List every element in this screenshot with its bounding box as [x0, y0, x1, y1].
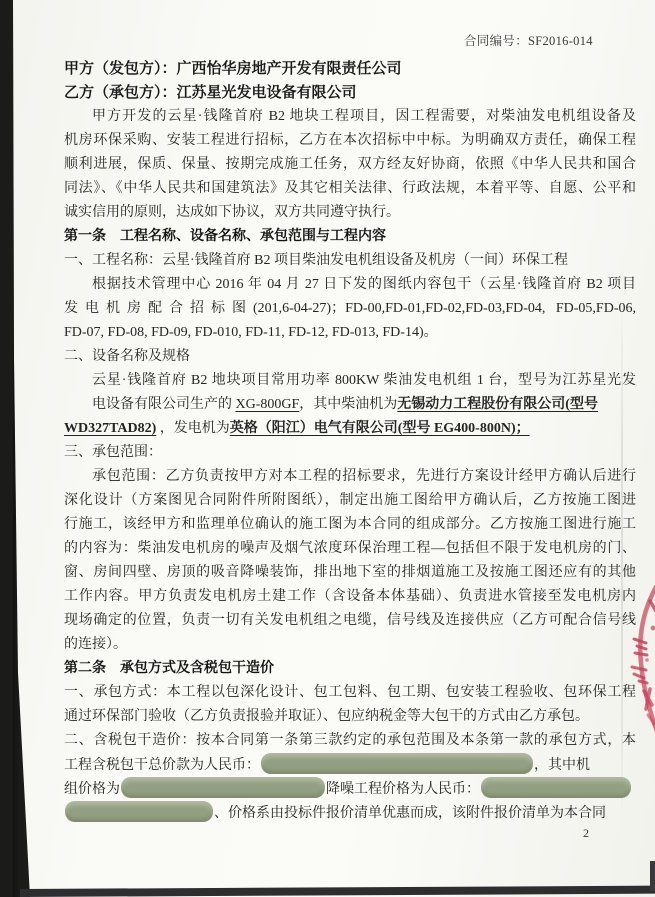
text-line: WD327TAD82) ，发电机为英格（阳江）电气有限公司(型号 EG400-8…	[64, 417, 636, 441]
text-line: 、价格系由投标件报价清单优惠而成，该附件报价清单为本合同	[64, 801, 636, 825]
redaction-block	[65, 801, 213, 822]
text-segment: 乙方（承包方）：江苏星光发电设备有限公司	[64, 85, 357, 101]
text-line: 同法》、《中华人民共和国建筑法》及其它相关法律、行政法规，本着平等、自愿、公平和	[64, 177, 636, 201]
text-line: 第二条 承包方式及含税包干造价	[64, 657, 636, 681]
scan-edge-corner	[650, 861, 655, 891]
text-line: 二、含税包干造价：按本合同第一条第三款约定的承包范围及本条第一款的承包方式，本	[64, 729, 636, 753]
text-line: 甲方（发包方）：广西怡华房地产开发有限责任公司	[64, 57, 636, 81]
text-segment: 的连接）。	[64, 637, 127, 652]
text-line: 的连接）。	[64, 633, 636, 657]
text-segment: 行施工，该经甲方和监理单位确认的施工图为本合同的组成部分。乙方按施工图进行施工	[64, 517, 636, 532]
text-line: 第一条 工程名称、设备名称、承包范围与工程内容	[64, 225, 636, 249]
text-segment: 工作内容。甲方负责发电机房土建工作（含设备本体基础）、负责进水管接至发电机房内	[64, 589, 636, 604]
text-line: 深化设计（方案图见合同附件所附图纸），制定出施工图给甲方确认后，乙方按施工图进	[64, 489, 636, 513]
text-line: 通过环保部门验收（乙方负责报验并取证）、包应纳税金等大包干的方式由乙方承包。	[64, 705, 636, 729]
text-segment: 一、工程名称：云星·钱隆首府 B2 项目柴油发电机组设备及机房（一间）环保工程	[64, 253, 568, 268]
text-segment: 三、承包范围：	[64, 445, 162, 460]
text-segment: 电设备有限公司生产的	[92, 397, 236, 412]
text-line: 行施工，该经甲方和监理单位确认的施工图为本合同的组成部分。乙方按施工图进行施工	[64, 513, 636, 537]
text-line: 组价格为降噪工程价格为人民币：	[64, 777, 636, 801]
text-segment: 顺利进展，保质、保量、按期完成施工任务，双方经友好协商，依照《中华人民共和国合	[64, 157, 636, 172]
text-segment: 无锡动力工程股份有限公司(型号	[397, 397, 598, 412]
text-line: 机房环保采购、安装工程进行招标，乙方在本次招标中中标。为明确双方责任，确保工程	[64, 129, 636, 153]
text-segment: XG-800GF	[236, 397, 300, 412]
redaction-block	[261, 753, 533, 774]
text-segment: 英格（阳江）电气有限公司(型号 EG400-800N)；	[230, 421, 530, 436]
text-segment: 工程含税包干总价款为人民币：	[64, 758, 260, 773]
text-segment: 承包范围：乙方负责按甲方对本工程的招标要求，先进行方案设计经甲方确认后进行	[92, 469, 636, 484]
text-segment: 窗、房间四壁、房顶的吸音降噪装饰，排出地下室的排烟道施工及按施工图还应有的其他	[64, 565, 636, 580]
text-segment: 现场确定的位置，负责一切有关发电机组之电缆，信号线及连接供应（乙方可配合信号线	[64, 613, 636, 628]
text-segment: 甲方开发的云星·钱隆首府 B2 地块工程项目，因工程需要，对柴油发电机组设备及	[92, 109, 636, 124]
text-segment: 二、设备名称及规格	[64, 349, 190, 364]
text-line: 一、承包方式：本工程以包深化设计、包工包料、包工期、包安装工程验收、包环保工程	[64, 681, 636, 705]
text-segment: 诚实信用的原则，达成如下协议，双方共同遵守执行。	[64, 205, 400, 220]
partial-red-seal-icon	[620, 583, 655, 748]
text-line: 的内容为：柴油发电机房的噪声及烟气浓度环保治理工程—包括但不限于发电机房的门、	[64, 537, 636, 561]
text-line: 三、承包范围：	[64, 441, 636, 465]
text-line: FD-07, FD-08, FD-09, FD-010, FD-11, FD-1…	[64, 321, 636, 345]
text-line: 乙方（承包方）：江苏星光发电设备有限公司	[64, 81, 636, 105]
text-segment: 云星·钱隆首府 B2 地块项目常用功率 800KW 柴油发电机组 1 台，型号为…	[92, 373, 636, 388]
text-line: 诚实信用的原则，达成如下协议，双方共同遵守执行。	[64, 201, 636, 225]
text-segment: 第二条 承包方式及含税包干造价	[64, 661, 274, 676]
text-segment: 发电机房配合招标图(201,6-04-27)；FD-00,FD-01,FD-02…	[64, 301, 636, 316]
text-segment: WD327TAD82)	[64, 421, 156, 436]
text-segment: 第一条 工程名称、设备名称、承包范围与工程内容	[64, 229, 386, 244]
scan-edge-left	[0, 0, 34, 897]
text-line: 云星·钱隆首府 B2 地块项目常用功率 800KW 柴油发电机组 1 台，型号为…	[64, 369, 636, 393]
text-segment: 甲方（发包方）：广西怡华房地产开发有限责任公司	[64, 61, 402, 77]
text-segment: ，其中机	[534, 758, 590, 773]
text-segment: ，发电机为	[156, 421, 230, 436]
redaction-block	[481, 777, 631, 798]
text-segment: 组价格为	[64, 782, 120, 797]
text-line: 承包范围：乙方负责按甲方对本工程的招标要求，先进行方案设计经甲方确认后进行	[64, 465, 636, 489]
text-line: 工程含税包干总价款为人民币：，其中机	[64, 753, 636, 777]
text-segment: 一、承包方式：本工程以包深化设计、包工包料、包工期、包安装工程验收、包环保工程	[64, 685, 636, 700]
text-segment: 深化设计（方案图见合同附件所附图纸），制定出施工图给甲方确认后，乙方按施工图进	[64, 493, 636, 508]
text-line: 根据技术管理中心 2016 年 04 月 27 日下发的图纸内容包干（云星·钱隆…	[64, 273, 636, 297]
contract-number: 合同编号：SF2016-014	[464, 31, 593, 49]
contract-body: 甲方（发包方）：广西怡华房地产开发有限责任公司乙方（承包方）：江苏星光发电设备有…	[64, 57, 636, 825]
text-line: 电设备有限公司生产的 XG-800GF，其中柴油机为无锡动力工程股份有限公司(型…	[64, 393, 636, 417]
text-line: 发电机房配合招标图(201,6-04-27)；FD-00,FD-01,FD-02…	[64, 297, 636, 321]
text-line: 二、设备名称及规格	[64, 345, 636, 369]
text-segment: ，其中柴油机为	[299, 397, 397, 412]
scan-edge-bottom	[20, 886, 655, 897]
text-line: 现场确定的位置，负责一切有关发电机组之电缆，信号线及连接供应（乙方可配合信号线	[64, 609, 636, 633]
text-segment: 根据技术管理中心 2016 年 04 月 27 日下发的图纸内容包干（云星·钱隆…	[92, 277, 636, 292]
text-segment: 机房环保采购、安装工程进行招标，乙方在本次招标中中标。为明确双方责任，确保工程	[64, 133, 636, 148]
text-segment: 通过环保部门验收（乙方负责报验并取证）、包应纳税金等大包干的方式由乙方承包。	[64, 709, 589, 724]
text-segment: FD-07, FD-08, FD-09, FD-010, FD-11, FD-1…	[64, 325, 438, 340]
text-line: 甲方开发的云星·钱隆首府 B2 地块工程项目，因工程需要，对柴油发电机组设备及	[64, 105, 636, 129]
text-segment: 二、含税包干造价：按本合同第一条第三款约定的承包范围及本条第一款的承包方式，本	[64, 733, 636, 748]
text-segment: 降噪工程价格为人民币：	[326, 782, 480, 797]
text-segment: 的内容为：柴油发电机房的噪声及烟气浓度环保治理工程—包括但不限于发电机房的门、	[64, 541, 636, 556]
text-line: 一、工程名称：云星·钱隆首府 B2 项目柴油发电机组设备及机房（一间）环保工程	[64, 249, 636, 273]
text-segment: 同法》、《中华人民共和国建筑法》及其它相关法律、行政法规，本着平等、自愿、公平和	[64, 181, 636, 196]
text-line: 窗、房间四壁、房顶的吸音降噪装饰，排出地下室的排烟道施工及按施工图还应有的其他	[64, 561, 636, 585]
redaction-block	[121, 777, 325, 798]
text-line: 顺利进展，保质、保量、按期完成施工任务，双方经友好协商，依照《中华人民共和国合	[64, 153, 636, 177]
scanned-contract-page: 合同编号：SF2016-014 甲方（发包方）：广西怡华房地产开发有限责任公司乙…	[0, 0, 655, 897]
page-number: 2	[583, 826, 589, 841]
text-line: 工作内容。甲方负责发电机房土建工作（含设备本体基础）、负责进水管接至发电机房内	[64, 585, 636, 609]
text-segment: 、价格系由投标件报价清单优惠而成，该附件报价清单为本合同	[214, 806, 606, 821]
